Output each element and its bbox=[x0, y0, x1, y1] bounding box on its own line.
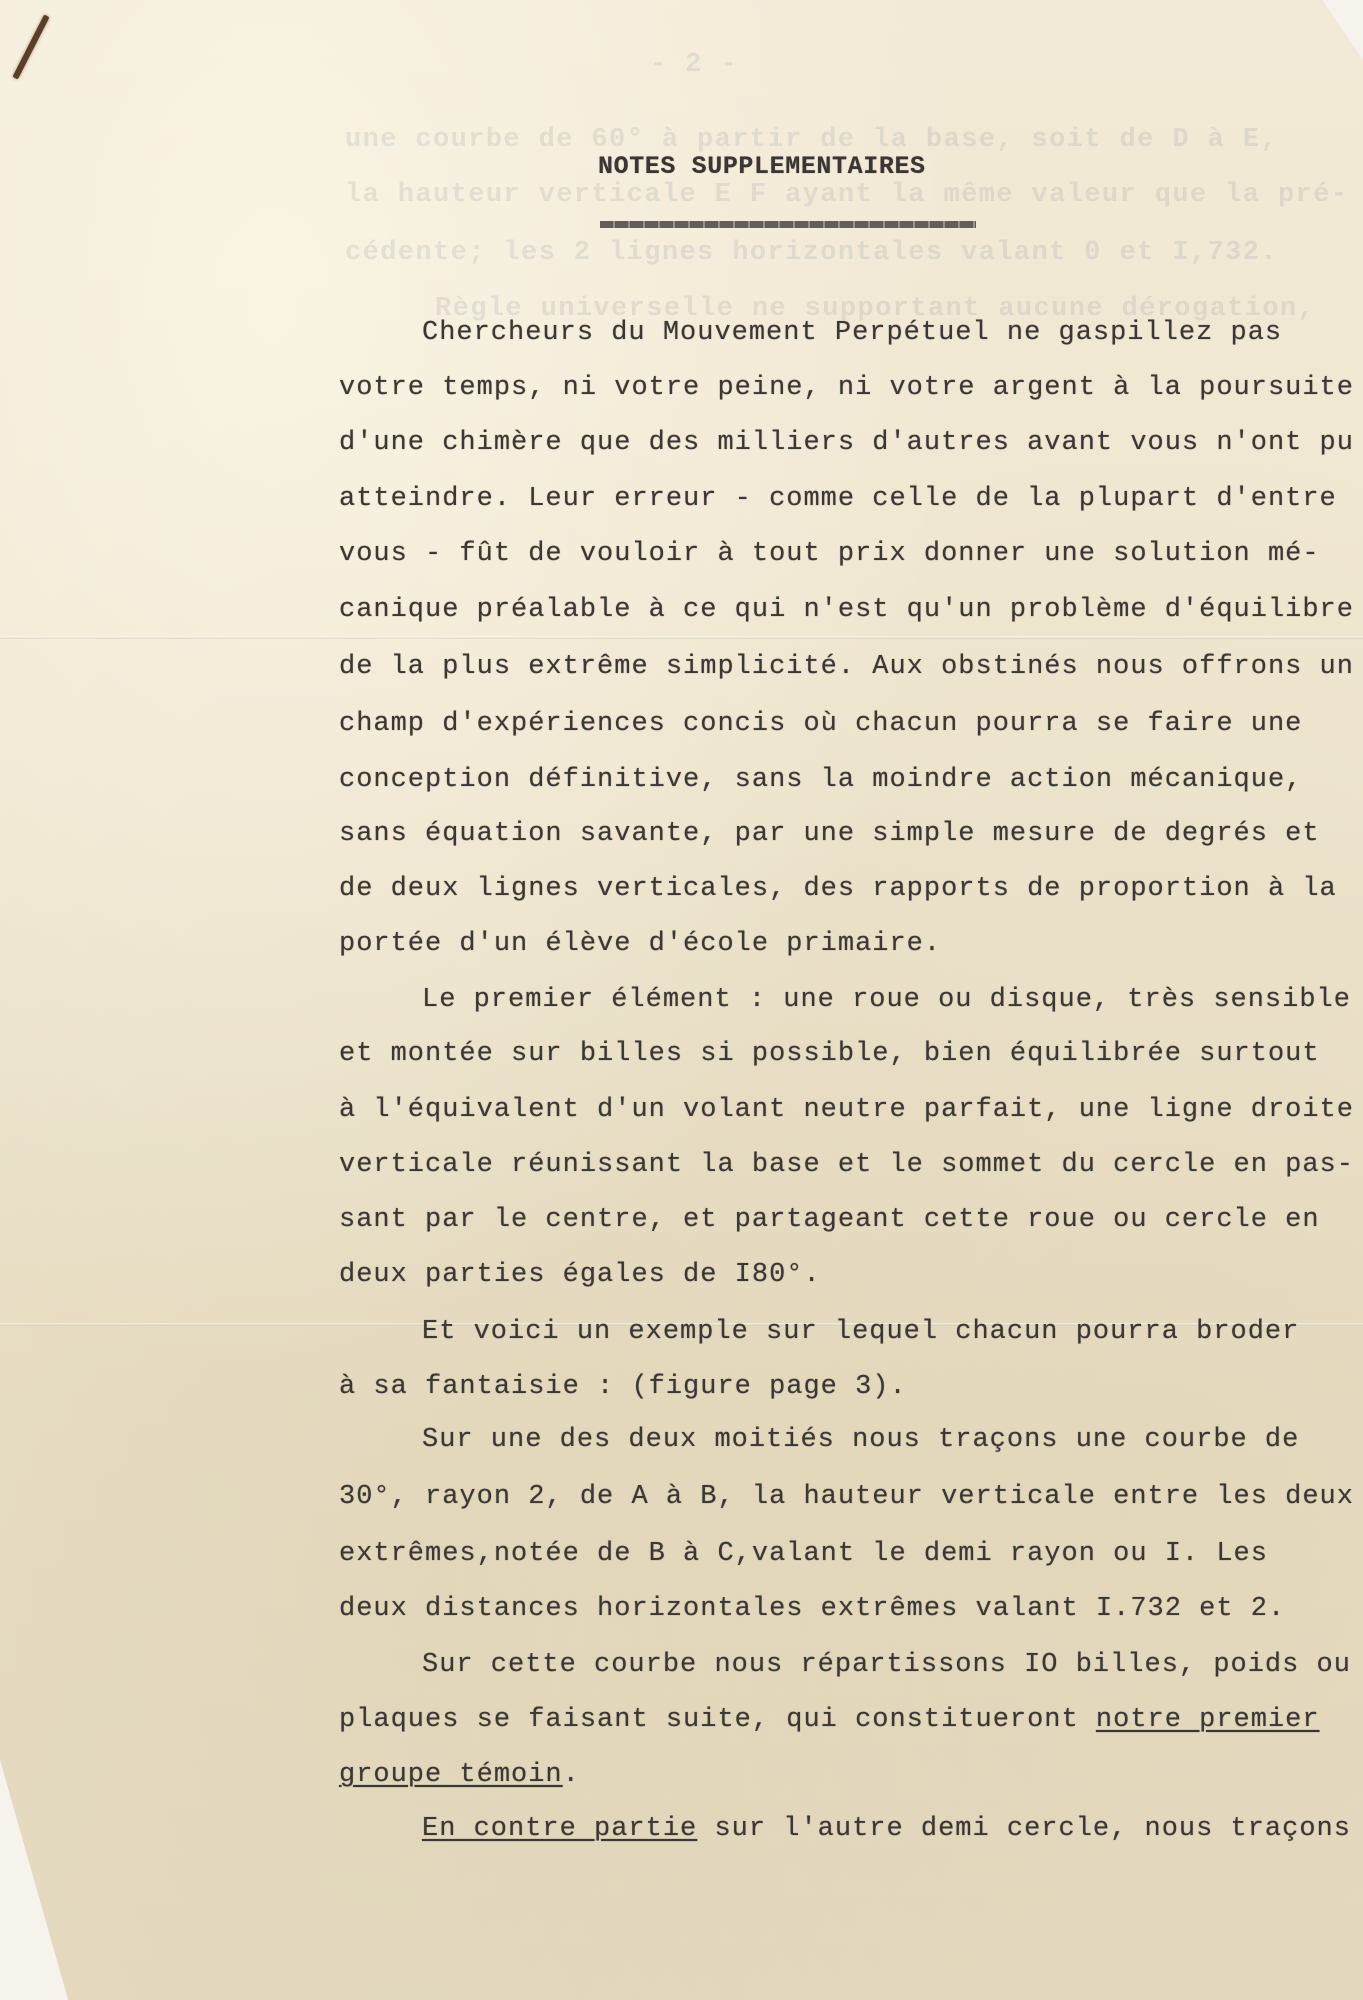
body-text: sur l'autre demi cercle, nous traçons bbox=[697, 1814, 1351, 1844]
body-line: sant par le centre, et partageant cette … bbox=[339, 1205, 1320, 1235]
body-line: extrêmes,notée de B à C,valant le demi r… bbox=[339, 1539, 1268, 1569]
body-line: et montée sur billes si possible, bien é… bbox=[339, 1039, 1320, 1069]
body-line: de deux lignes verticales, des rapports … bbox=[339, 874, 1337, 904]
body-line: d'une chimère que des milliers d'autres … bbox=[339, 428, 1354, 458]
underlined-emphasis: notre premier bbox=[1096, 1705, 1320, 1735]
paper-fold bbox=[0, 636, 1363, 639]
body-line: atteindre. Leur erreur - comme celle de … bbox=[339, 484, 1337, 514]
body-line: Et voici un exemple sur lequel chacun po… bbox=[422, 1317, 1299, 1347]
show-through-line: cédente; les 2 lignes horizontales valan… bbox=[345, 238, 1278, 268]
body-line: plaques se faisant suite, qui constituer… bbox=[339, 1705, 1320, 1735]
body-line: champ d'expériences concis où chacun pou… bbox=[339, 709, 1302, 739]
body-line: canique préalable à ce qui n'est qu'un p… bbox=[339, 595, 1354, 625]
body-line: deux distances horizontales extrêmes val… bbox=[339, 1594, 1285, 1624]
body-line: conception définitive, sans la moindre a… bbox=[339, 765, 1302, 795]
title-underline-rule bbox=[600, 221, 976, 228]
body-line: à sa fantaisie : (figure page 3). bbox=[339, 1372, 907, 1402]
body-line: Sur cette courbe nous répartissons IO bi… bbox=[422, 1650, 1351, 1680]
underlined-emphasis: En contre partie bbox=[422, 1814, 697, 1844]
body-line: à l'équivalent d'un volant neutre parfai… bbox=[339, 1095, 1354, 1125]
show-through-line: la hauteur verticale E F ayant la même v… bbox=[345, 180, 1348, 210]
body-line: verticale réunissant la base et le somme… bbox=[339, 1150, 1354, 1180]
underlined-emphasis: groupe témoin bbox=[339, 1760, 563, 1790]
body-line: Sur une des deux moitiés nous traçons un… bbox=[422, 1425, 1299, 1455]
body-line: sans équation savante, par une simple me… bbox=[339, 819, 1320, 849]
body-line: de la plus extrême simplicité. Aux obsti… bbox=[339, 652, 1354, 682]
body-line: Chercheurs du Mouvement Perpétuel ne gas… bbox=[422, 318, 1282, 348]
show-through-line: une courbe de 60° à partir de la base, s… bbox=[345, 125, 1278, 155]
body-line: vous - fût de vouloir à tout prix donner… bbox=[339, 539, 1320, 569]
body-line: votre temps, ni votre peine, ni votre ar… bbox=[339, 373, 1354, 403]
body-line: Le premier élément : une roue ou disque,… bbox=[422, 985, 1351, 1015]
body-text: plaques se faisant suite, qui constituer… bbox=[339, 1705, 1096, 1735]
body-line: deux parties égales de I80°. bbox=[339, 1260, 821, 1290]
document-title: NOTES SUPPLEMENTAIRES bbox=[598, 152, 926, 181]
show-through-page-number: - 2 - bbox=[650, 50, 738, 80]
body-line: portée d'un élève d'école primaire. bbox=[339, 929, 941, 959]
body-line: groupe témoin. bbox=[339, 1760, 580, 1790]
body-line: 30°, rayon 2, de A à B, la hauteur verti… bbox=[339, 1482, 1354, 1512]
body-line: En contre partie sur l'autre demi cercle… bbox=[422, 1814, 1351, 1844]
body-text: . bbox=[563, 1760, 580, 1790]
